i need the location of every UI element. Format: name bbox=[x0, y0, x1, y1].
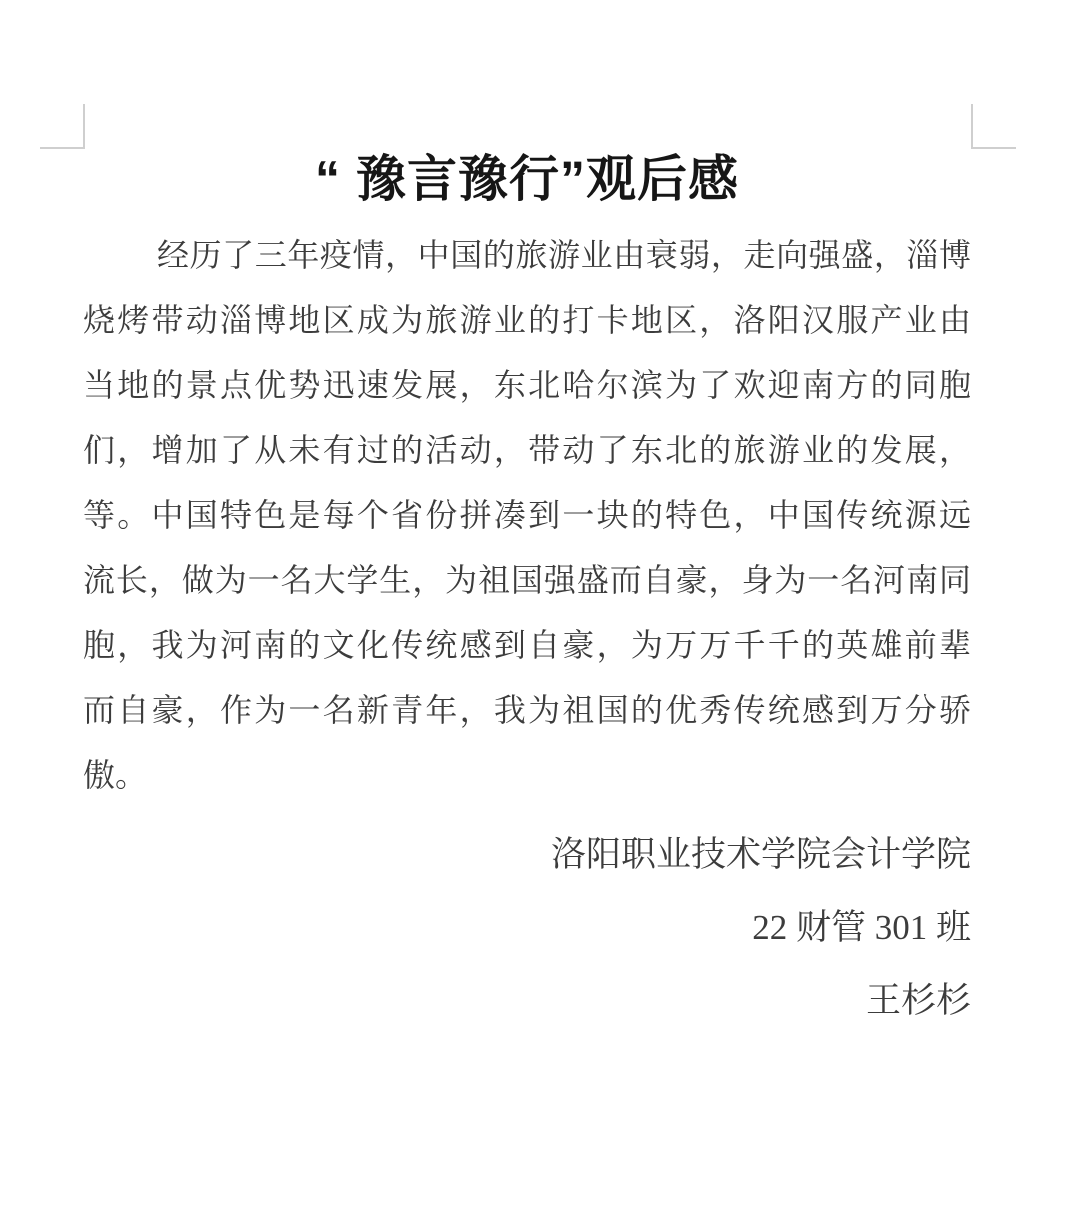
body-line: 等。中国特色是每个省份拼凑到一块的特色，中国传统源远 bbox=[83, 483, 971, 548]
body-line: 当地的景点优势迅速发展，东北哈尔滨为了欢迎南方的同胞 bbox=[83, 353, 971, 418]
signoff-line: 洛阳职业技术学院会计学院 bbox=[83, 818, 971, 891]
body-line: 流长，做为一名大学生，为祖国强盛而自豪，身为一名河南同 bbox=[83, 548, 971, 613]
signoff-line: 王杉杉 bbox=[83, 964, 971, 1037]
body-line: 经历了三年疫情，中国的旅游业由衰弱，走向强盛，淄博 bbox=[83, 223, 971, 288]
essay-body: 经历了三年疫情，中国的旅游业由衰弱，走向强盛，淄博烧烤带动淄博地区成为旅游业的打… bbox=[83, 223, 971, 808]
body-line: 烧烤带动淄博地区成为旅游业的打卡地区，洛阳汉服产业由 bbox=[83, 288, 971, 353]
essay-title: “ 豫言豫行”观后感 bbox=[83, 150, 971, 208]
body-line: 而自豪，作为一名新青年，我为祖国的优秀传统感到万分骄 bbox=[83, 678, 971, 743]
body-line: 胞，我为河南的文化传统感到自豪，为万万千千的英雄前辈 bbox=[83, 613, 971, 678]
signoff-block: 洛阳职业技术学院会计学院22 财管 301 班王杉杉 bbox=[83, 818, 971, 1037]
signoff-line: 22 财管 301 班 bbox=[83, 891, 971, 964]
body-line: 们，增加了从未有过的活动，带动了东北的旅游业的发展， bbox=[83, 418, 971, 483]
document-page: “ 豫言豫行”观后感 经历了三年疫情，中国的旅游业由衰弱，走向强盛，淄博烧烤带动… bbox=[0, 0, 1080, 1219]
body-line: 傲。 bbox=[83, 743, 971, 808]
text-boundary-mark-top-right bbox=[971, 104, 1016, 149]
text-boundary-mark-top-left bbox=[40, 104, 85, 149]
